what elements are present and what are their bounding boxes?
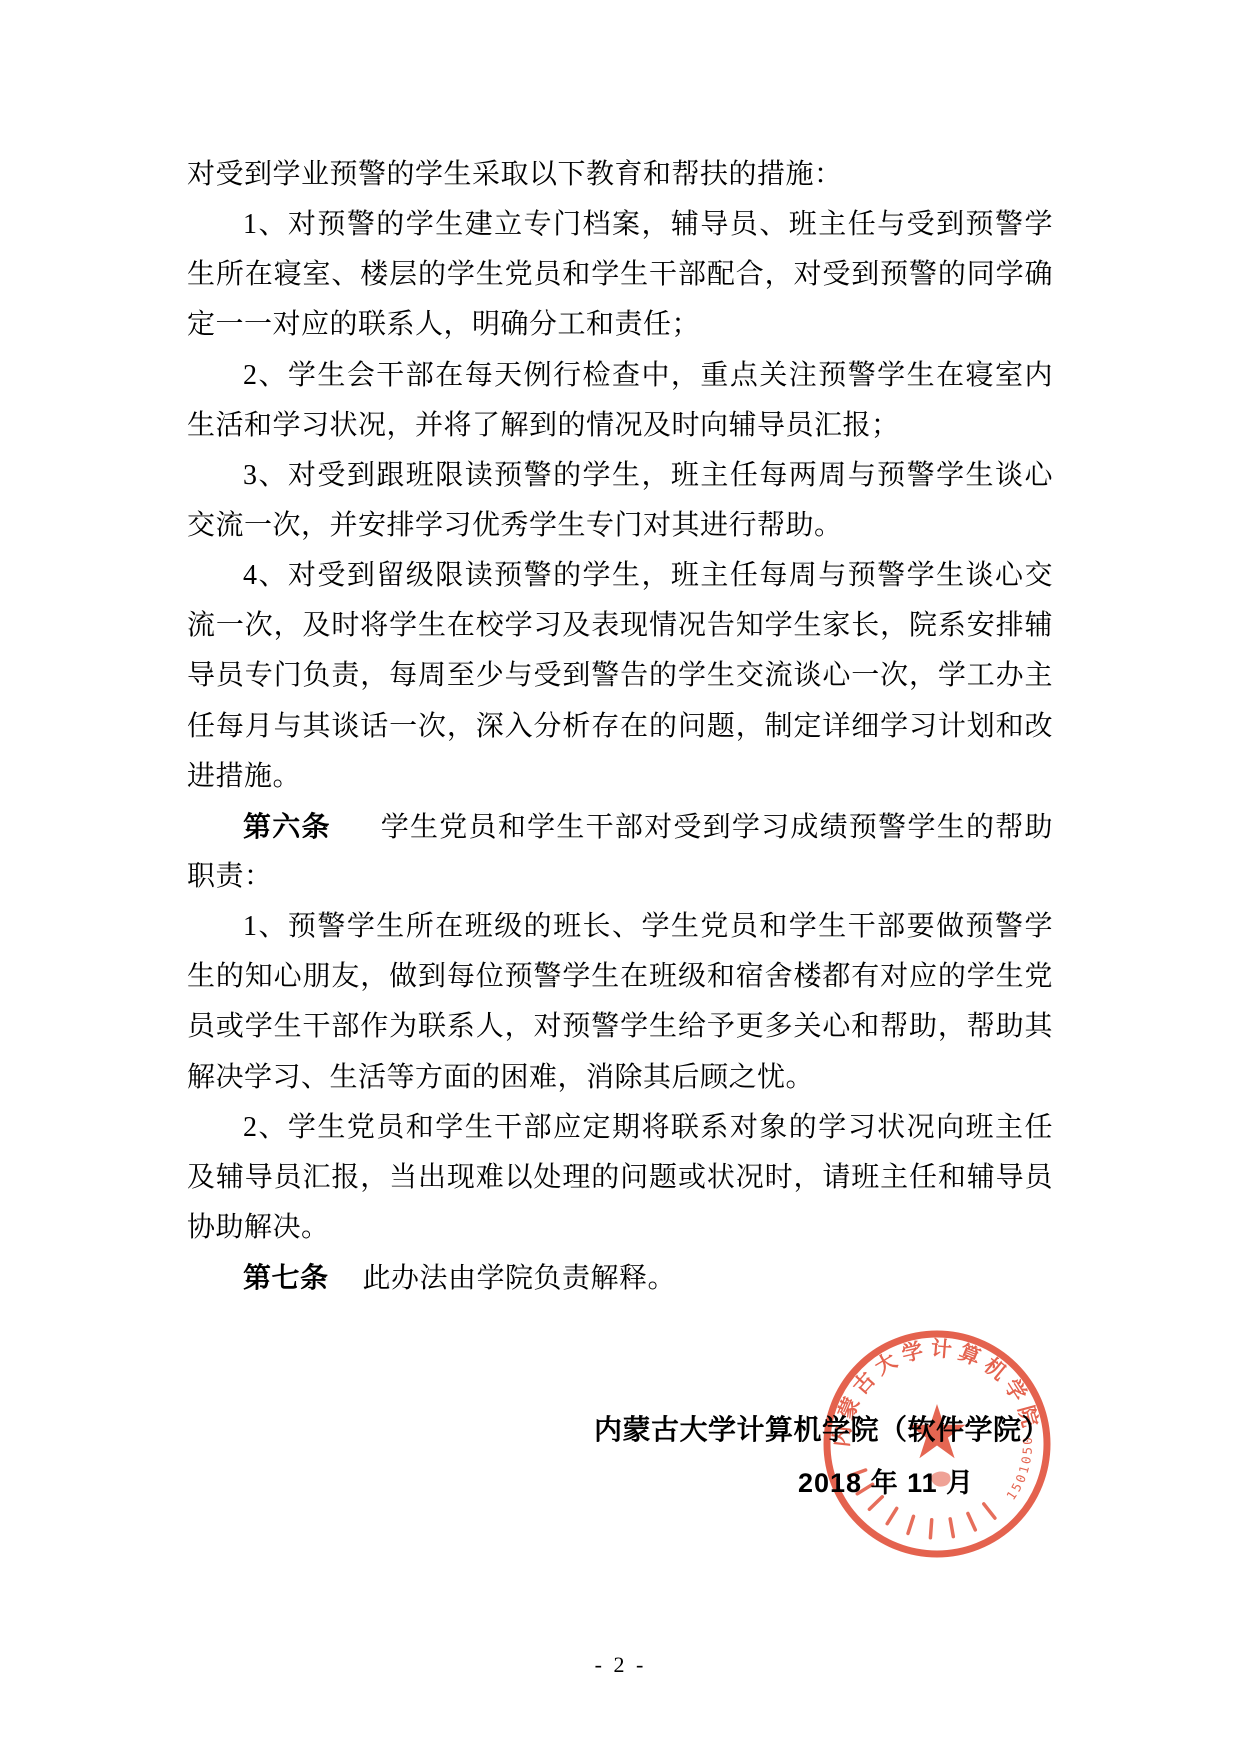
- text-line-article-7: 第七条此办法由学院负责解释。: [187, 1253, 1053, 1303]
- text-line: 任每月与其谈话一次，深入分析存在的问题，制定详细学习计划和改: [187, 702, 1053, 752]
- text-line: 对受到学业预警的学生采取以下教育和帮扶的措施：: [187, 150, 1053, 200]
- text-line: 生所在寝室、楼层的学生党员和学生干部配合，对受到预警的同学确: [187, 250, 1053, 300]
- text-line: 2、学生党员和学生干部应定期将联系对象的学习状况向班主任: [187, 1103, 1053, 1153]
- text-line-article-6: 第六条学生党员和学生干部对受到学习成绩预警学生的帮助: [187, 802, 1053, 852]
- article-keyword: 第七条: [243, 1262, 329, 1293]
- document-page: 对受到学业预警的学生采取以下教育和帮扶的措施： 1、对预警的学生建立专门档案，辅…: [0, 0, 1241, 1755]
- article-keyword: 第六条: [243, 811, 331, 842]
- article-text: 此办法由学院负责解释。: [363, 1263, 677, 1294]
- document-body: 对受到学业预警的学生采取以下教育和帮扶的措施： 1、对预警的学生建立专门档案，辅…: [187, 150, 1053, 1303]
- text-line: 解决学习、生活等方面的困难，消除其后顾之忧。: [187, 1053, 1053, 1103]
- text-line: 交流一次，并安排学习优秀学生专门对其进行帮助。: [187, 501, 1053, 551]
- text-line: 定一一对应的联系人，明确分工和责任；: [187, 300, 1053, 350]
- text-line: 生的知心朋友，做到每位预警学生在班级和宿舍楼都有对应的学生党: [187, 952, 1053, 1002]
- text-line: 职责：: [187, 852, 1053, 902]
- official-seal: 内蒙古大学计算机学院 1501050018: [819, 1326, 1055, 1562]
- text-line: 协助解决。: [187, 1203, 1053, 1253]
- text-line: 及辅导员汇报，当出现难以处理的问题或状况时，请班主任和辅导员: [187, 1153, 1053, 1203]
- text-line: 员或学生干部作为联系人，对预警学生给予更多关心和帮助，帮助其: [187, 1002, 1053, 1052]
- text-line: 流一次，及时将学生在校学习及表现情况告知学生家长，院系安排辅: [187, 601, 1053, 651]
- text-line: 生活和学习状况，并将了解到的情况及时向辅导员汇报；: [187, 401, 1053, 451]
- star-icon: [909, 1404, 966, 1458]
- page-number: - 2 -: [0, 1652, 1241, 1678]
- text-line: 进措施。: [187, 752, 1053, 802]
- text-line: 2、学生会干部在每天例行检查中，重点关注预警学生在寝室内: [187, 351, 1053, 401]
- article-text: 学生党员和学生干部对受到学习成绩预警学生的帮助: [381, 812, 1053, 843]
- text-line: 导员专门负责，每周至少与受到警告的学生交流谈心一次，学工办主: [187, 651, 1053, 701]
- text-line: 1、对预警的学生建立专门档案，辅导员、班主任与受到预警学: [187, 200, 1053, 250]
- text-line: 3、对受到跟班限读预警的学生，班主任每两周与预警学生谈心: [187, 451, 1053, 501]
- text-line: 1、预警学生所在班级的班长、学生党员和学生干部要做预警学: [187, 902, 1053, 952]
- text-line: 4、对受到留级限读预警的学生，班主任每周与预警学生谈心交: [187, 551, 1053, 601]
- seal-smudge: [931, 1472, 951, 1487]
